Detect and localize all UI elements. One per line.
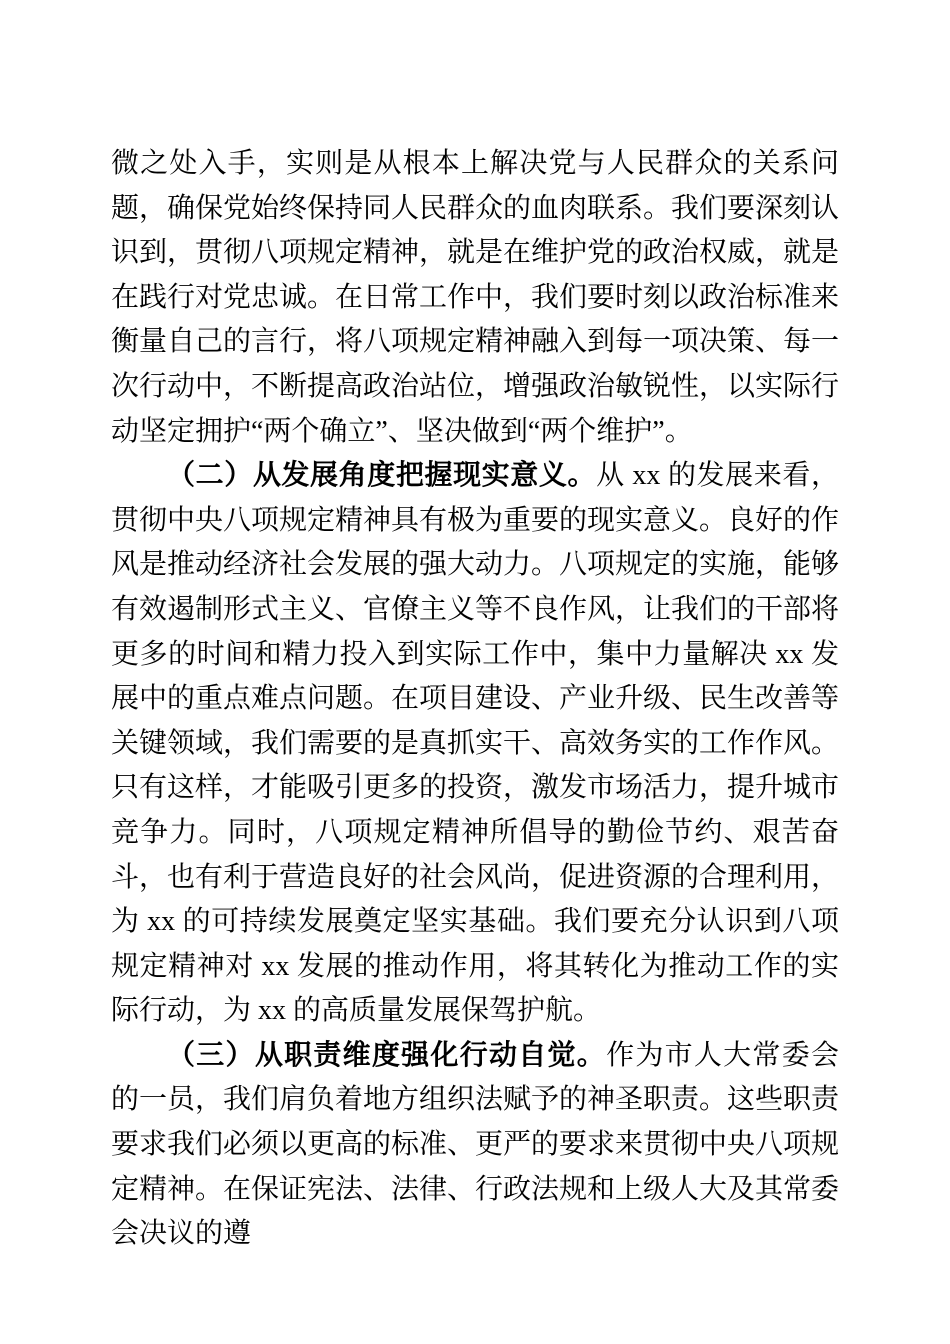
paragraph-text: 作为市人大常委会的一员，我们肩负着地方组织法赋予的神圣职责。这些职责要求我们必须…: [111, 1040, 839, 1249]
paragraph-lead-sentence: （二）从发展角度把握现实意义。: [167, 460, 596, 491]
paragraph-text: 微之处入手，实则是从根本上解决党与人民群众的关系问题，确保党始终保持同人民群众的…: [111, 148, 839, 447]
paragraph-item-3: （三）从职责维度强化行动自觉。作为市人大常委会的一员，我们肩负着地方组织法赋予的…: [111, 1034, 839, 1257]
paragraph-item-2: （二）从发展角度把握现实意义。从 xx 的发展来看，贯彻中央八项规定精神具有极为…: [111, 454, 839, 1034]
paragraph-continuation: 微之处入手，实则是从根本上解决党与人民群众的关系问题，确保党始终保持同人民群众的…: [111, 142, 839, 454]
paragraph-lead-sentence: （三）从职责维度强化行动自觉。: [167, 1040, 606, 1071]
document-body: 微之处入手，实则是从根本上解决党与人民群众的关系问题，确保党始终保持同人民群众的…: [111, 142, 839, 1257]
paragraph-text: 从 xx 的发展来看，贯彻中央八项规定精神具有极为重要的现实意义。良好的作风是推…: [111, 460, 839, 1026]
document-page: 微之处入手，实则是从根本上解决党与人民群众的关系问题，确保党始终保持同人民群众的…: [0, 0, 950, 1344]
